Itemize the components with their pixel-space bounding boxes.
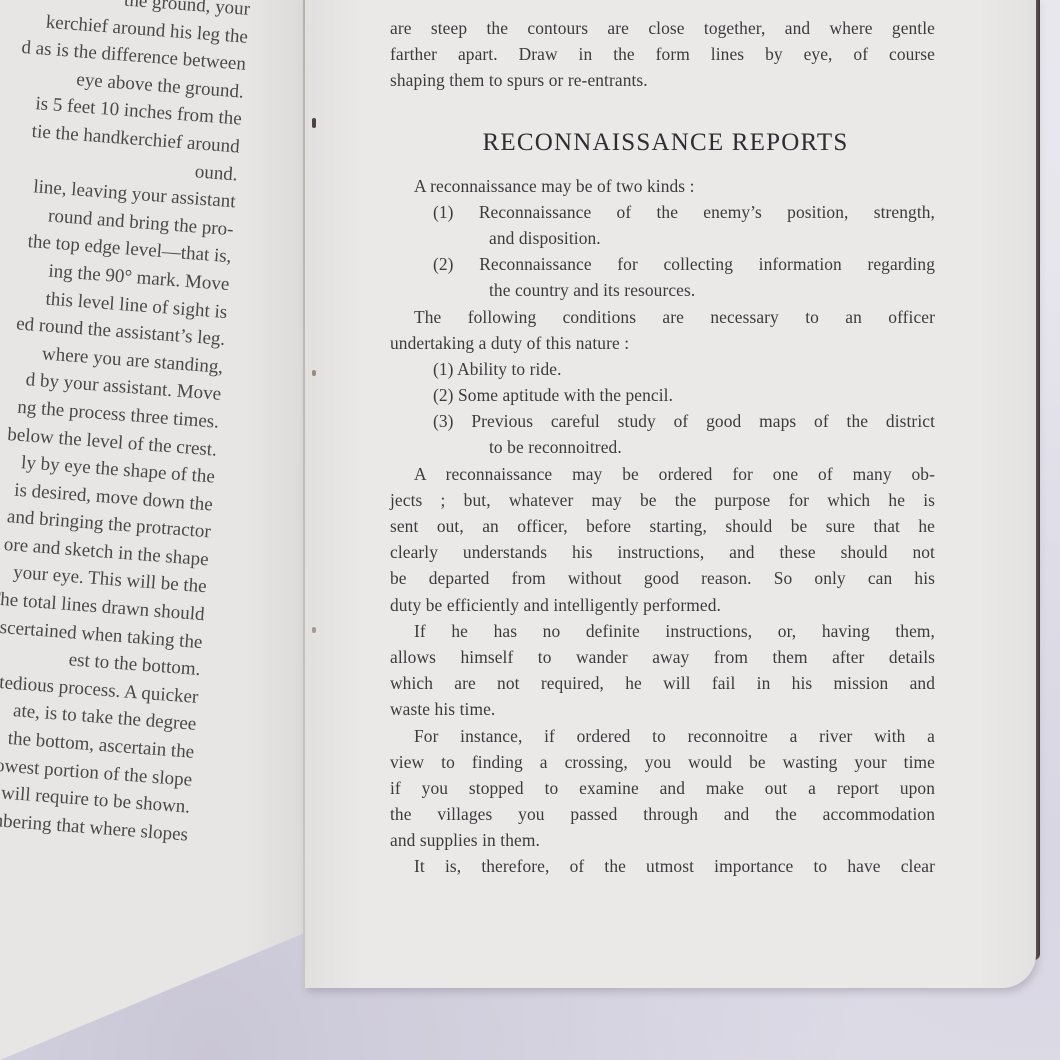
- text-line: and disposition.: [390, 225, 935, 251]
- text-line: A reconnaissance may be of two kinds :: [390, 173, 935, 199]
- left-page: the ground, yourkerchief around his leg …: [0, 0, 305, 1060]
- text-line: sent out, an officer, before starting, s…: [390, 513, 935, 539]
- staple-icon: [312, 627, 316, 633]
- section-body: A reconnaissance may be of two kinds :(1…: [390, 173, 935, 880]
- text-line: (1) Ability to ride.: [390, 356, 935, 382]
- text-line: (2) Reconnaissance for collecting inform…: [390, 251, 935, 277]
- text-line: and supplies in them.: [390, 827, 935, 853]
- right-page-text: are steep the contours are close togethe…: [390, 15, 935, 880]
- text-line: which are not required, he will fail in …: [390, 670, 935, 696]
- staple-icon: [312, 118, 316, 128]
- text-line: A reconnaissance may be ordered for one …: [390, 461, 935, 487]
- text-line: waste his time.: [390, 696, 935, 722]
- text-line: If he has no definite instructions, or, …: [390, 618, 935, 644]
- text-line: are steep the contours are close togethe…: [390, 15, 935, 41]
- text-line: shaping them to spurs or re-entrants.: [390, 67, 935, 93]
- text-line: (1) Reconnaissance of the enemy’s positi…: [390, 199, 935, 225]
- text-line: be departed from without good reason. So…: [390, 565, 935, 591]
- staple-icon: [312, 370, 316, 376]
- text-line: farther apart. Draw in the form lines by…: [390, 41, 935, 67]
- text-line: (3) Previous careful study of good maps …: [390, 408, 935, 434]
- text-line: For instance, if ordered to reconnoitre …: [390, 723, 935, 749]
- text-line: the villages you passed through and the …: [390, 801, 935, 827]
- text-line: clearly understands his instructions, an…: [390, 539, 935, 565]
- text-line: view to finding a crossing, you would be…: [390, 749, 935, 775]
- book-gutter: [303, 0, 305, 990]
- text-line: the country and its resources.: [390, 277, 935, 303]
- text-line: (2) Some aptitude with the pencil.: [390, 382, 935, 408]
- text-line: allows himself to wander away from them …: [390, 644, 935, 670]
- text-line: The following conditions are necessary t…: [390, 304, 935, 330]
- text-line: It is, therefore, of the utmost importan…: [390, 853, 935, 879]
- text-line: duty be efficiently and intelligently pe…: [390, 592, 935, 618]
- text-line: if you stopped to examine and make out a…: [390, 775, 935, 801]
- section-heading: RECONNAISSANCE REPORTS: [390, 125, 935, 161]
- text-line: undertaking a duty of this nature :: [390, 330, 935, 356]
- text-line: to be reconnoitred.: [390, 434, 935, 460]
- text-line: jects ; but, whatever may be the purpose…: [390, 487, 935, 513]
